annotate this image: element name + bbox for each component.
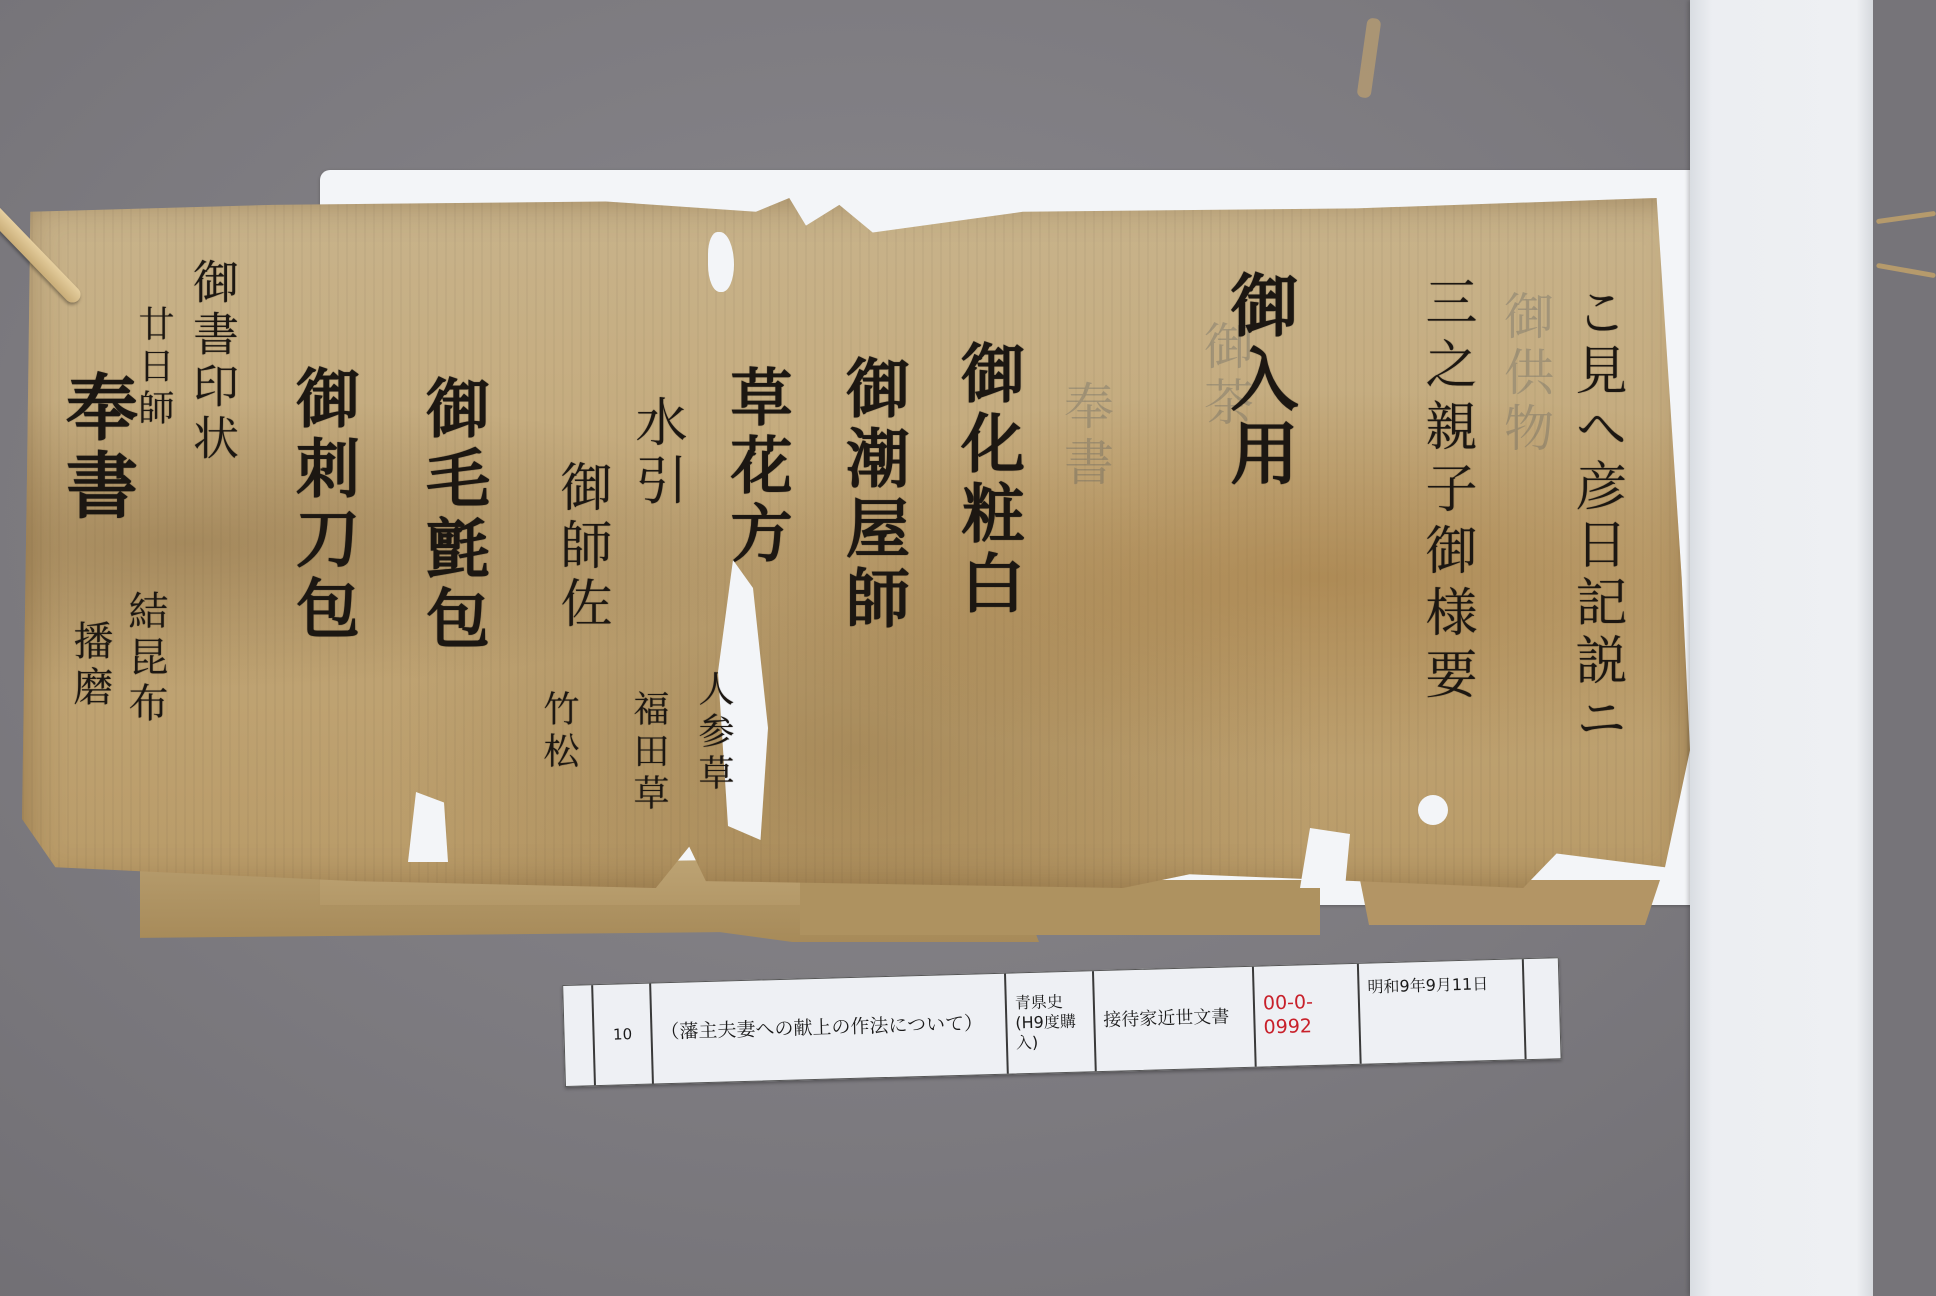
calligraphy-column: 廿日師 (135, 305, 171, 431)
calligraphy-column: 御化粧白 (955, 340, 1019, 620)
label-title: （藩主夫妻への献上の作法について） (651, 974, 1009, 1084)
calligraphy-column: 草花方 (725, 365, 787, 569)
label-blank-cell (563, 985, 596, 1086)
calligraphy-column: 結昆布 (125, 590, 165, 728)
background-edge (1873, 0, 1936, 1296)
calligraphy-column: 人参草 (695, 670, 731, 796)
label-collection: 接待家近世文書 (1094, 967, 1257, 1071)
white-vertical-strip (1690, 0, 1875, 1296)
calligraphy-column: 御師佐 (555, 460, 607, 634)
label-index: 10 (593, 984, 654, 1086)
label-date: 明和9年9月11日 (1359, 959, 1527, 1064)
show-through-text: 奉書 (1060, 380, 1110, 492)
label-blank-cell (1524, 958, 1561, 1059)
calligraphy-column: こ見へ彦日記説ニ (1570, 285, 1622, 749)
calligraphy-column: 奉書 (60, 370, 132, 526)
catalog-label: 10 （藩主夫妻への献上の作法について） 青県史(H9度購入) 接待家近世文書 … (562, 957, 1561, 1087)
label-source: 青県史(H9度購入) (1006, 971, 1097, 1073)
paper-tear (1418, 795, 1448, 825)
calligraphy-column: 竹松 (540, 690, 576, 774)
calligraphy-column: 御毛氈包 (420, 375, 484, 655)
calligraphy-column: 水引 (630, 395, 682, 511)
calligraphy-column: 播磨 (70, 620, 110, 712)
calligraphy-column: 御刺刀包 (290, 365, 354, 645)
calligraphy-column: 福田草 (630, 690, 666, 816)
label-catalog-id: 00-0-0992 (1254, 964, 1362, 1067)
calligraphy-column: 御書印状 (190, 258, 236, 466)
calligraphy-column: 三之親子御様要 (1420, 275, 1472, 709)
calligraphy-column: 御入用 (1225, 270, 1293, 492)
calligraphy-column: 御潮屋師 (840, 355, 904, 635)
paper-fiber-fragment (1357, 17, 1382, 98)
show-through-text: 御供物 (1500, 290, 1550, 458)
lower-paper-layer-fragment (800, 880, 1320, 935)
